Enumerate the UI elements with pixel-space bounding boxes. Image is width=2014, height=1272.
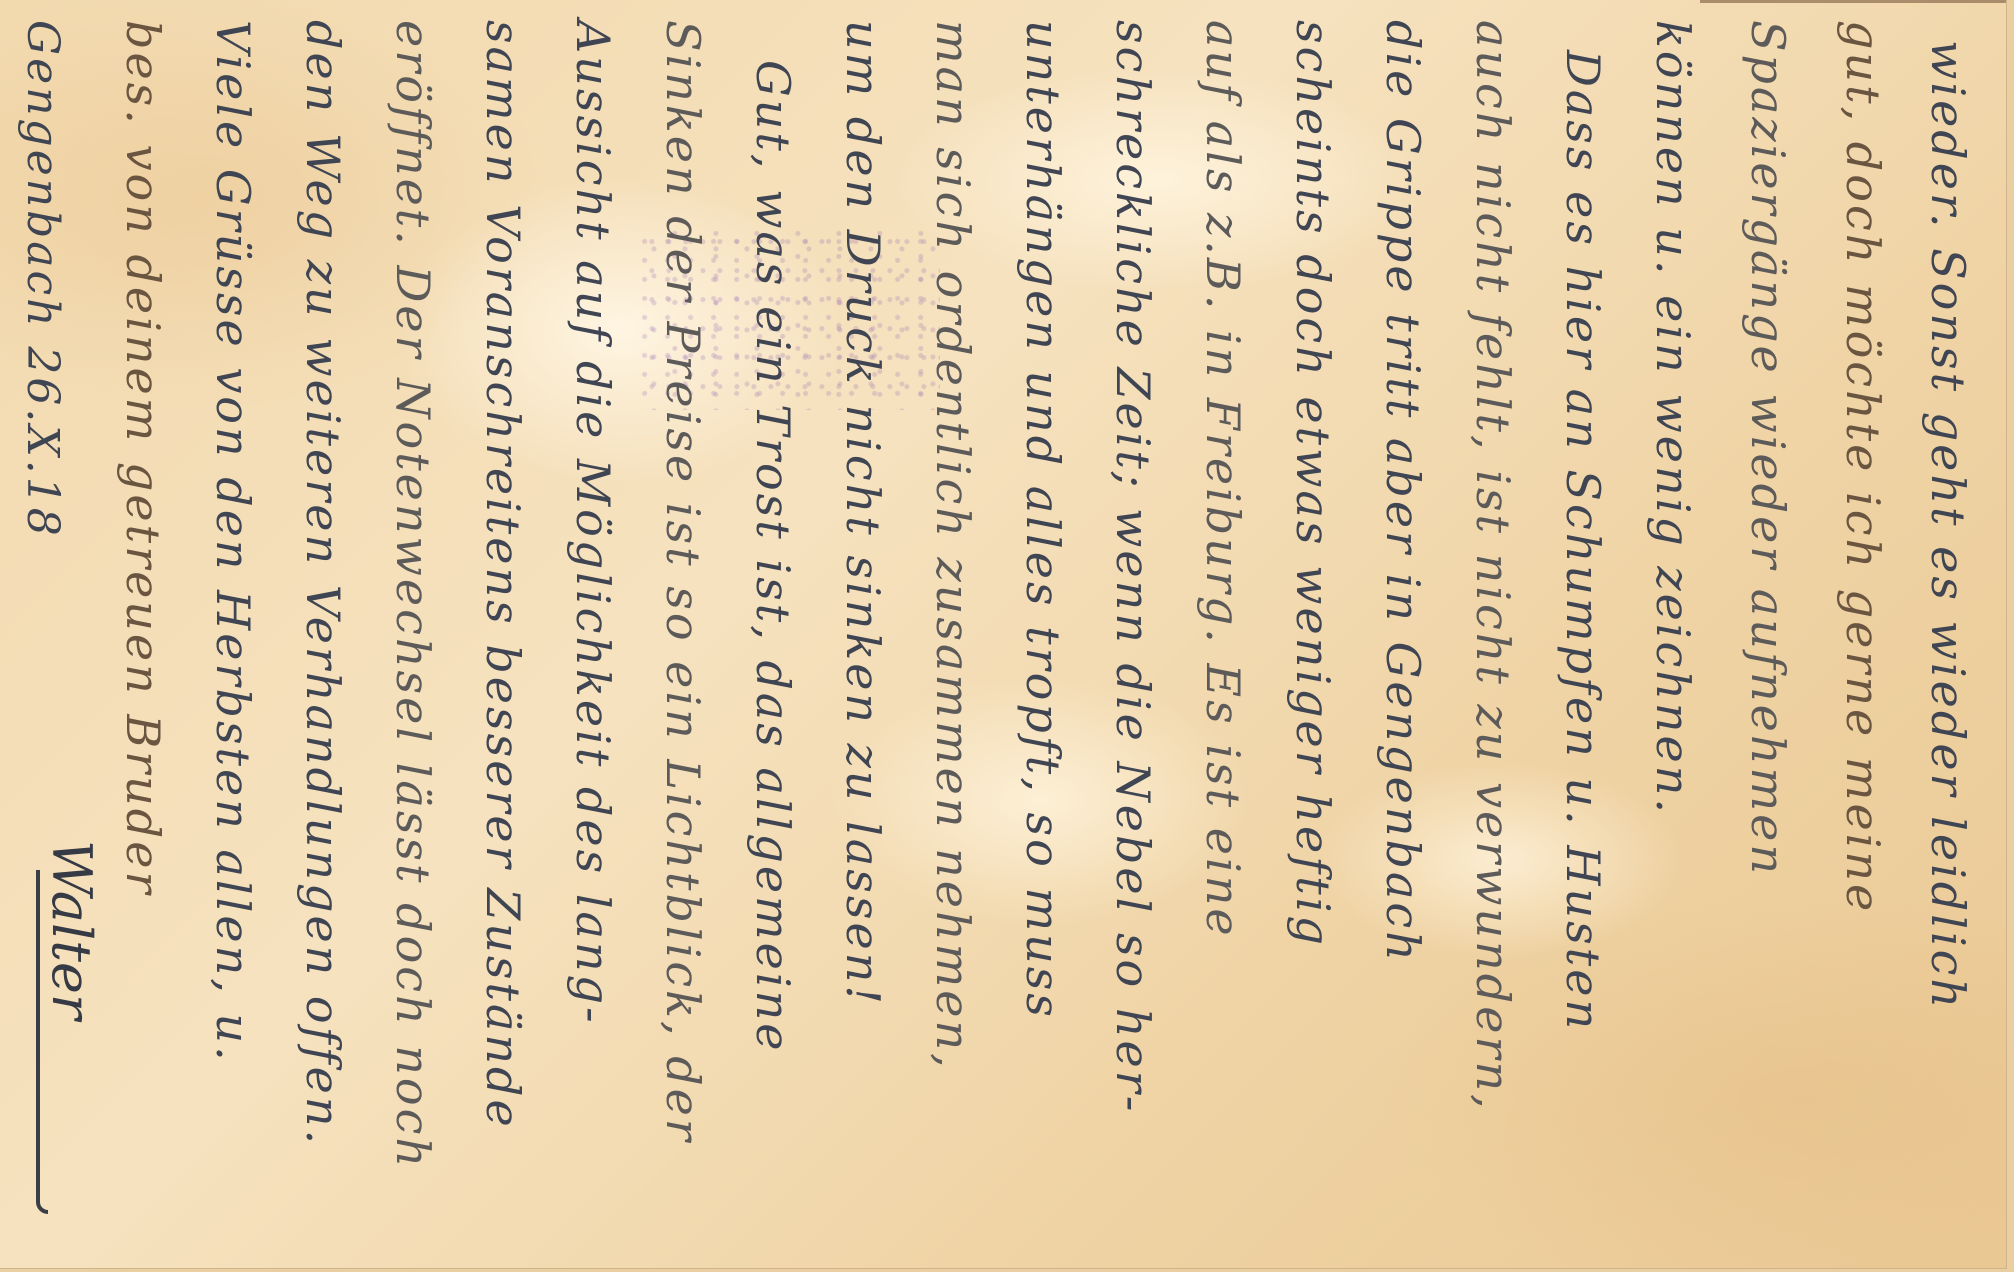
text-line: eröffnet. Der Notenwechsel lässt doch no… bbox=[390, 20, 436, 1170]
text-line: können u. ein wenig zeichnen. bbox=[1650, 20, 1696, 816]
text-line: um den Druck nicht sinken zu lassen! bbox=[840, 20, 886, 1007]
text-line: Aussicht auf die Möglichkeit des lang- bbox=[570, 20, 616, 1026]
text-line: Spaziergänge wieder aufnehmen bbox=[1745, 20, 1791, 877]
postcard: wieder. Sonst geht es wieder leidlich gu… bbox=[0, 0, 2007, 1269]
text-line: Gut, was ein Trost ist, das allgemeine bbox=[750, 60, 796, 1053]
text-line: Dass es hier an Schumpfen u. Husten bbox=[1560, 50, 1606, 1032]
text-line: samen Voranschreitens besserer Zustände bbox=[480, 20, 526, 1130]
text-line: scheints doch etwas weniger heftig bbox=[1290, 20, 1336, 948]
text-line: den Weg zu weiteren Verhandlungen offen. bbox=[300, 20, 346, 1147]
text-line: bes. von deinem getreuen Bruder bbox=[120, 20, 166, 896]
text-line: Sinken der Preise ist so ein Lichtblick,… bbox=[660, 20, 706, 1144]
text-line: auf als z.B. in Freiburg. Es ist eine bbox=[1200, 20, 1246, 939]
text-line: gut, doch möchte ich gerne meine bbox=[1840, 20, 1886, 914]
text-line: die Grippe tritt aber in Gengenbach bbox=[1380, 20, 1426, 964]
text-line: schreckliche Zeit; wenn die Nebel so her… bbox=[1110, 20, 1156, 1114]
signature: Walter bbox=[40, 840, 103, 1020]
text-line: unterhängen und alles tropft, so muss bbox=[1020, 20, 1066, 1020]
text-line: man sich ordentlich zusammen nehmen, bbox=[930, 20, 976, 1071]
text-line: wieder. Sonst geht es wieder leidlich bbox=[1925, 40, 1971, 1011]
card-top-edge bbox=[1700, 0, 2006, 3]
text-line: auch nicht fehlt, ist nicht zu verwunder… bbox=[1470, 20, 1516, 1112]
dateline: Gengenbach 26.X.18 bbox=[20, 20, 64, 539]
text-line: Viele Grüsse von den Herbsten allen, u. bbox=[210, 20, 256, 1064]
